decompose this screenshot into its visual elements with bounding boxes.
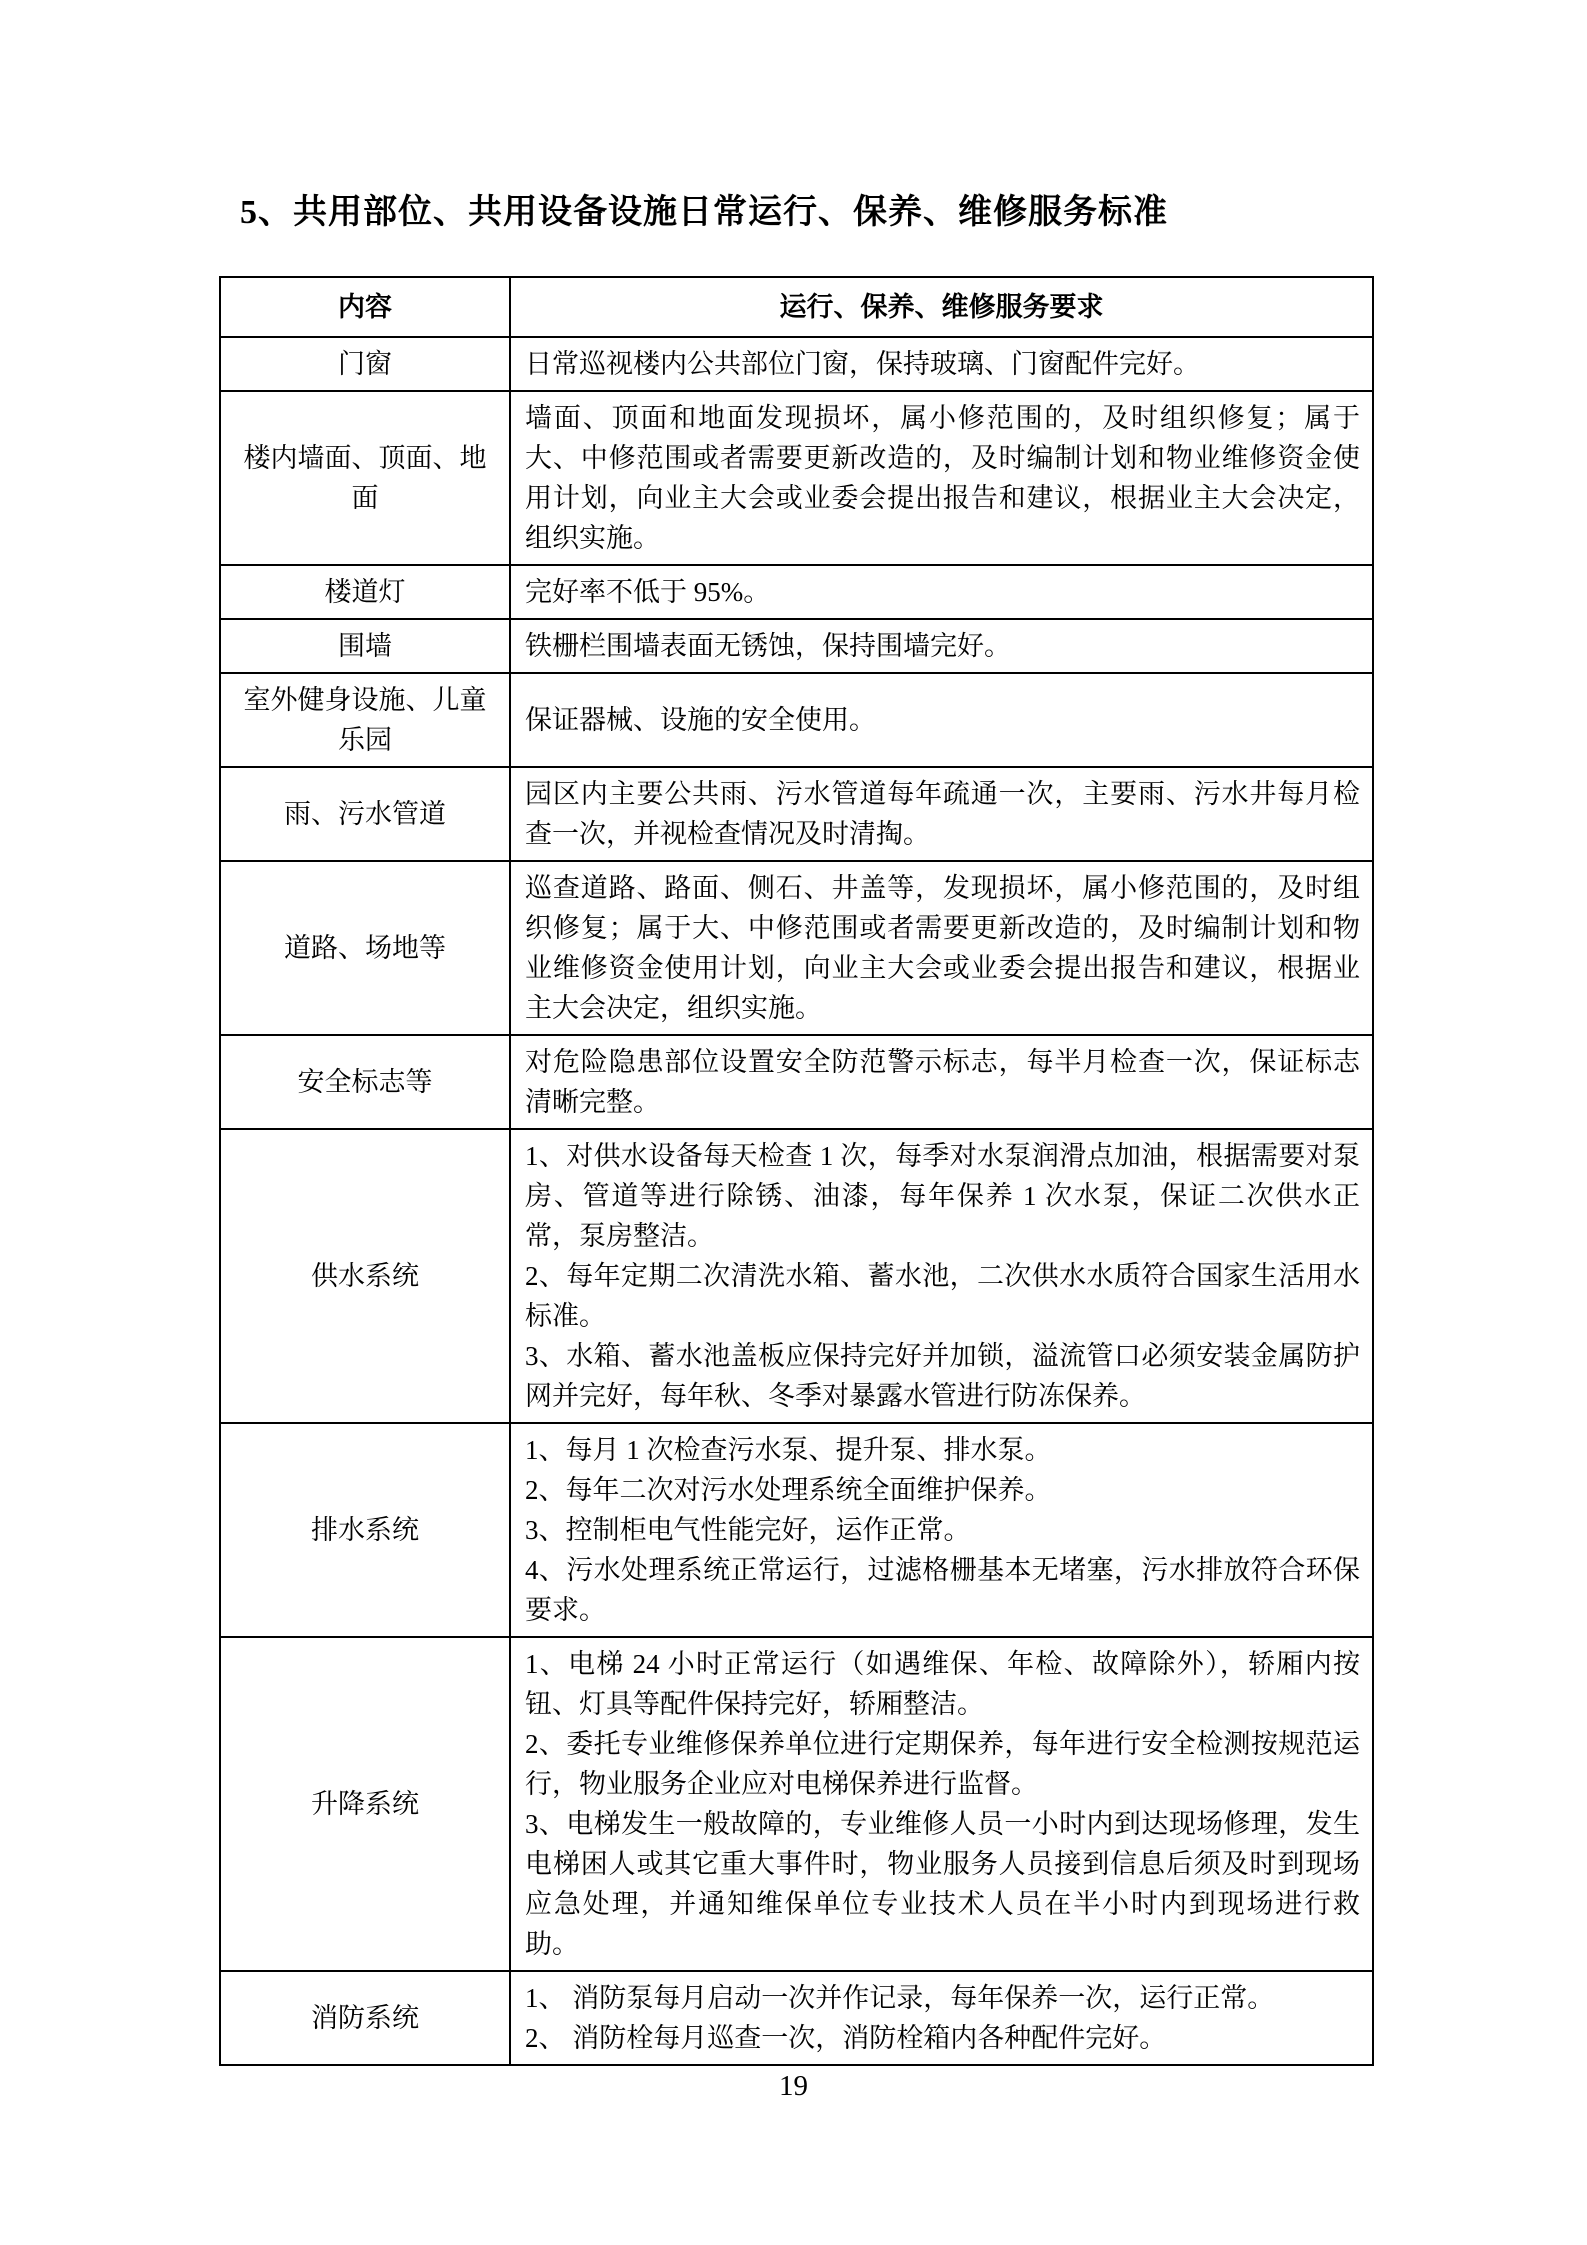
row-label-cell: 升降系统	[220, 1637, 510, 1971]
row-label-cell: 室外健身设施、儿童 乐园	[220, 673, 510, 767]
table-row: 门窗 日常巡视楼内公共部位门窗，保持玻璃、门窗配件完好。	[220, 337, 1373, 391]
row-requirement-cell: 墙面、顶面和地面发现损坏，属小修范围的，及时组织修复；属于大、中修范围或者需要更…	[510, 391, 1373, 565]
row-label-cell: 供水系统	[220, 1129, 510, 1423]
table-row: 安全标志等 对危险隐患部位设置安全防范警示标志，每半月检查一次，保证标志清晰完整…	[220, 1035, 1373, 1129]
row-label-cell: 楼内墙面、顶面、地 面	[220, 391, 510, 565]
row-requirement-cell: 铁栅栏围墙表面无锈蚀，保持围墙完好。	[510, 619, 1373, 673]
table-row: 围墙 铁栅栏围墙表面无锈蚀，保持围墙完好。	[220, 619, 1373, 673]
row-requirement-cell: 完好率不低于 95%。	[510, 565, 1373, 619]
row-requirement-cell: 保证器械、设施的安全使用。	[510, 673, 1373, 767]
table-row: 消防系统 1、 消防泵每月启动一次并作记录，每年保养一次，运行正常。 2、 消防…	[220, 1971, 1373, 2065]
service-standards-table: 内容 运行、保养、维修服务要求 门窗 日常巡视楼内公共部位门窗，保持玻璃、门窗配…	[219, 276, 1374, 2066]
row-label-cell: 道路、场地等	[220, 861, 510, 1035]
row-requirement-cell: 日常巡视楼内公共部位门窗，保持玻璃、门窗配件完好。	[510, 337, 1373, 391]
row-requirement-cell: 对危险隐患部位设置安全防范警示标志，每半月检查一次，保证标志清晰完整。	[510, 1035, 1373, 1129]
row-requirement-cell: 巡查道路、路面、侧石、井盖等，发现损坏，属小修范围的，及时组织修复；属于大、中修…	[510, 861, 1373, 1035]
table-row: 道路、场地等 巡查道路、路面、侧石、井盖等，发现损坏，属小修范围的，及时组织修复…	[220, 861, 1373, 1035]
document-page: 5、共用部位、共用设备设施日常运行、保养、维修服务标准 内容 运行、保养、维修服…	[0, 0, 1587, 2245]
header-requirements-column: 运行、保养、维修服务要求	[510, 277, 1373, 337]
table-row: 雨、污水管道 园区内主要公共雨、污水管道每年疏通一次，主要雨、污水井每月检查一次…	[220, 767, 1373, 861]
table-row: 楼道灯 完好率不低于 95%。	[220, 565, 1373, 619]
row-label-cell: 消防系统	[220, 1971, 510, 2065]
row-label-cell: 排水系统	[220, 1423, 510, 1637]
row-label-cell: 雨、污水管道	[220, 767, 510, 861]
row-label-cell: 围墙	[220, 619, 510, 673]
page-number: 19	[0, 2066, 1587, 2106]
table-row: 室外健身设施、儿童 乐园 保证器械、设施的安全使用。	[220, 673, 1373, 767]
table-row: 供水系统 1、对供水设备每天检查 1 次，每季对水泵润滑点加油，根据需要对泵房、…	[220, 1129, 1373, 1423]
document-title: 5、共用部位、共用设备设施日常运行、保养、维修服务标准	[240, 190, 1168, 236]
row-requirement-cell: 1、对供水设备每天检查 1 次，每季对水泵润滑点加油，根据需要对泵房、管道等进行…	[510, 1129, 1373, 1423]
row-requirement-cell: 园区内主要公共雨、污水管道每年疏通一次，主要雨、污水井每月检查一次，并视检查情况…	[510, 767, 1373, 861]
row-label-cell: 楼道灯	[220, 565, 510, 619]
row-label-cell: 安全标志等	[220, 1035, 510, 1129]
row-requirement-cell: 1、 消防泵每月启动一次并作记录，每年保养一次，运行正常。 2、 消防栓每月巡查…	[510, 1971, 1373, 2065]
row-requirement-cell: 1、每月 1 次检查污水泵、提升泵、排水泵。 2、每年二次对污水处理系统全面维护…	[510, 1423, 1373, 1637]
table-row: 楼内墙面、顶面、地 面 墙面、顶面和地面发现损坏，属小修范围的，及时组织修复；属…	[220, 391, 1373, 565]
table-header-row: 内容 运行、保养、维修服务要求	[220, 277, 1373, 337]
row-label-cell: 门窗	[220, 337, 510, 391]
row-requirement-cell: 1、电梯 24 小时正常运行（如遇维保、年检、故障除外），轿厢内按钮、灯具等配件…	[510, 1637, 1373, 1971]
header-content-column: 内容	[220, 277, 510, 337]
table-row: 排水系统 1、每月 1 次检查污水泵、提升泵、排水泵。 2、每年二次对污水处理系…	[220, 1423, 1373, 1637]
table-row: 升降系统 1、电梯 24 小时正常运行（如遇维保、年检、故障除外），轿厢内按钮、…	[220, 1637, 1373, 1971]
